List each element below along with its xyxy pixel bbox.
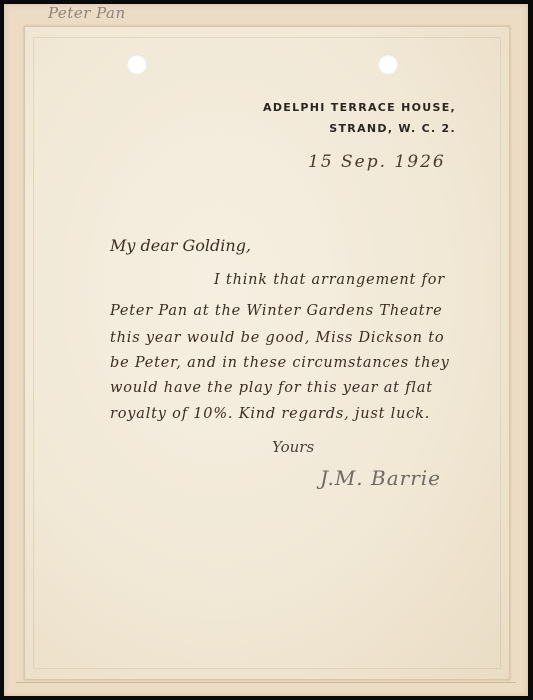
salutation: My dear Golding, xyxy=(110,236,251,255)
body-line: royalty of 10%. Kind regards, just luck. xyxy=(110,406,430,422)
letterhead-address-line1: ADELPHI TERRACE HOUSE, xyxy=(263,101,456,114)
body-line: this year would be good, Miss Dickson to xyxy=(110,330,444,346)
punch-hole-left xyxy=(127,54,147,74)
punch-hole-right xyxy=(378,54,398,74)
body-line: would have the play for this year at fla… xyxy=(110,380,433,396)
body-line: be Peter, and in these circumstances the… xyxy=(110,355,450,371)
body-line: I think that arrangement for xyxy=(214,272,445,288)
body-line: Peter Pan at the Winter Gardens Theatre xyxy=(110,303,443,319)
letter-date: 15 Sep. 1926 xyxy=(308,152,446,172)
letterhead-address-line2: STRAND, W. C. 2. xyxy=(329,122,456,135)
pencil-annotation: Peter Pan xyxy=(48,4,126,22)
signature: J.M. Barrie xyxy=(320,466,441,490)
closing: Yours xyxy=(272,438,314,456)
bottom-rule xyxy=(16,682,516,683)
mount-board: Peter Pan ADELPHI TERRACE HOUSE, STRAND,… xyxy=(4,4,528,696)
